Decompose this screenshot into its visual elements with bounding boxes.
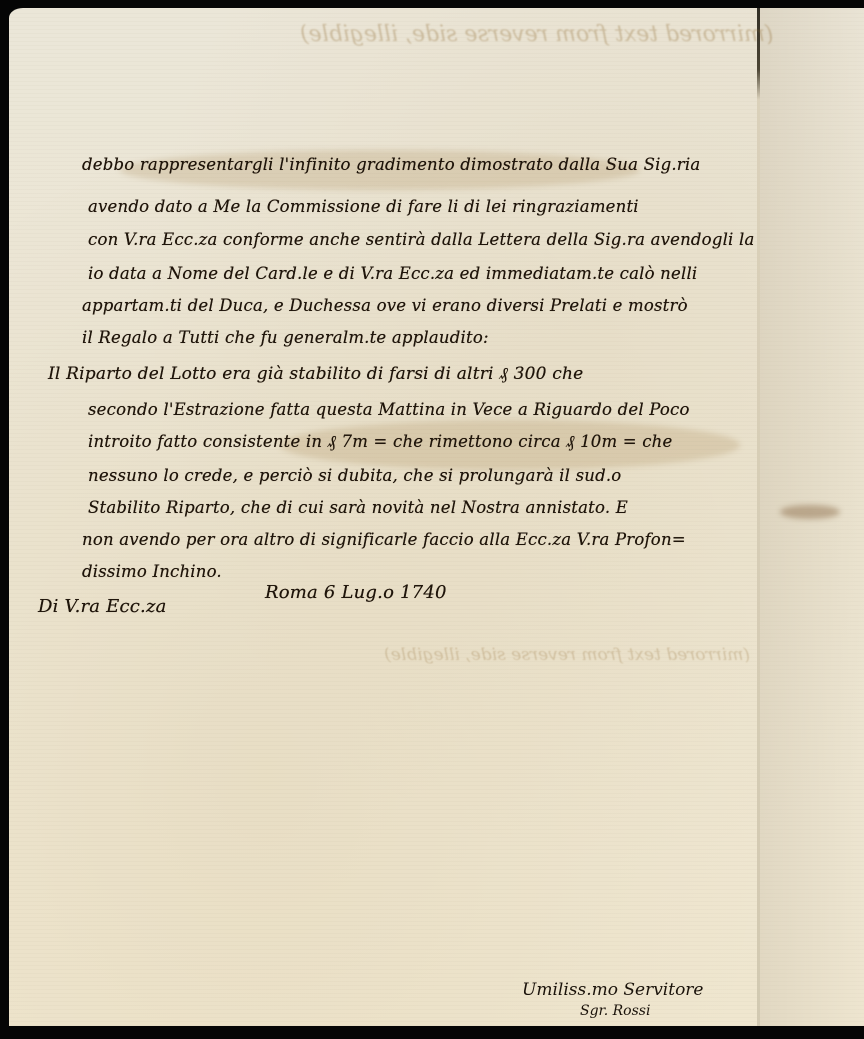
text-line-6: il Regalo a Tutti che fu generalm.te app… <box>82 328 489 347</box>
bleed-through-top: (mirrored text from reverse side, illegi… <box>300 22 773 47</box>
text-line-12: non avendo per ora altro di significarle… <box>82 530 686 549</box>
text-line-10: nessuno lo crede, e perciò si dubita, ch… <box>88 466 621 485</box>
page-fold-line <box>757 8 760 1026</box>
text-line-3: con V.ra Ecc.za conforme anche sentirà d… <box>88 230 755 249</box>
text-line-7: Il Riparto del Lotto era già stabilito d… <box>48 364 583 384</box>
text-line-4: io data a Nome del Card.le e di V.ra Ecc… <box>88 264 697 283</box>
text-line-2: avendo dato a Me la Commissione di fare … <box>88 197 639 216</box>
ink-stain <box>780 505 840 519</box>
dateline: Roma 6 Lug.o 1740 <box>265 582 447 603</box>
bleed-through-text: (mirrored text from reverse side, illegi… <box>30 640 750 940</box>
closing-line: Umiliss.mo Servitore <box>522 980 704 1000</box>
salutation: Di V.ra Ecc.za <box>38 596 167 617</box>
text-line-13: dissimo Inchino. <box>82 562 222 581</box>
text-line-8: secondo l'Estrazione fatta questa Mattin… <box>88 400 690 419</box>
text-line-11: Stabilito Riparto, che di cui sarà novit… <box>88 498 628 517</box>
text-line-1: debbo rappresentargli l'infinito gradime… <box>82 155 700 174</box>
signature: Sgr. Rossi <box>580 1003 650 1019</box>
text-line-9: introito fatto consistente in ₰ 7m = che… <box>88 432 672 452</box>
text-line-5: appartam.ti del Duca, e Duchessa ove vi … <box>82 296 688 315</box>
